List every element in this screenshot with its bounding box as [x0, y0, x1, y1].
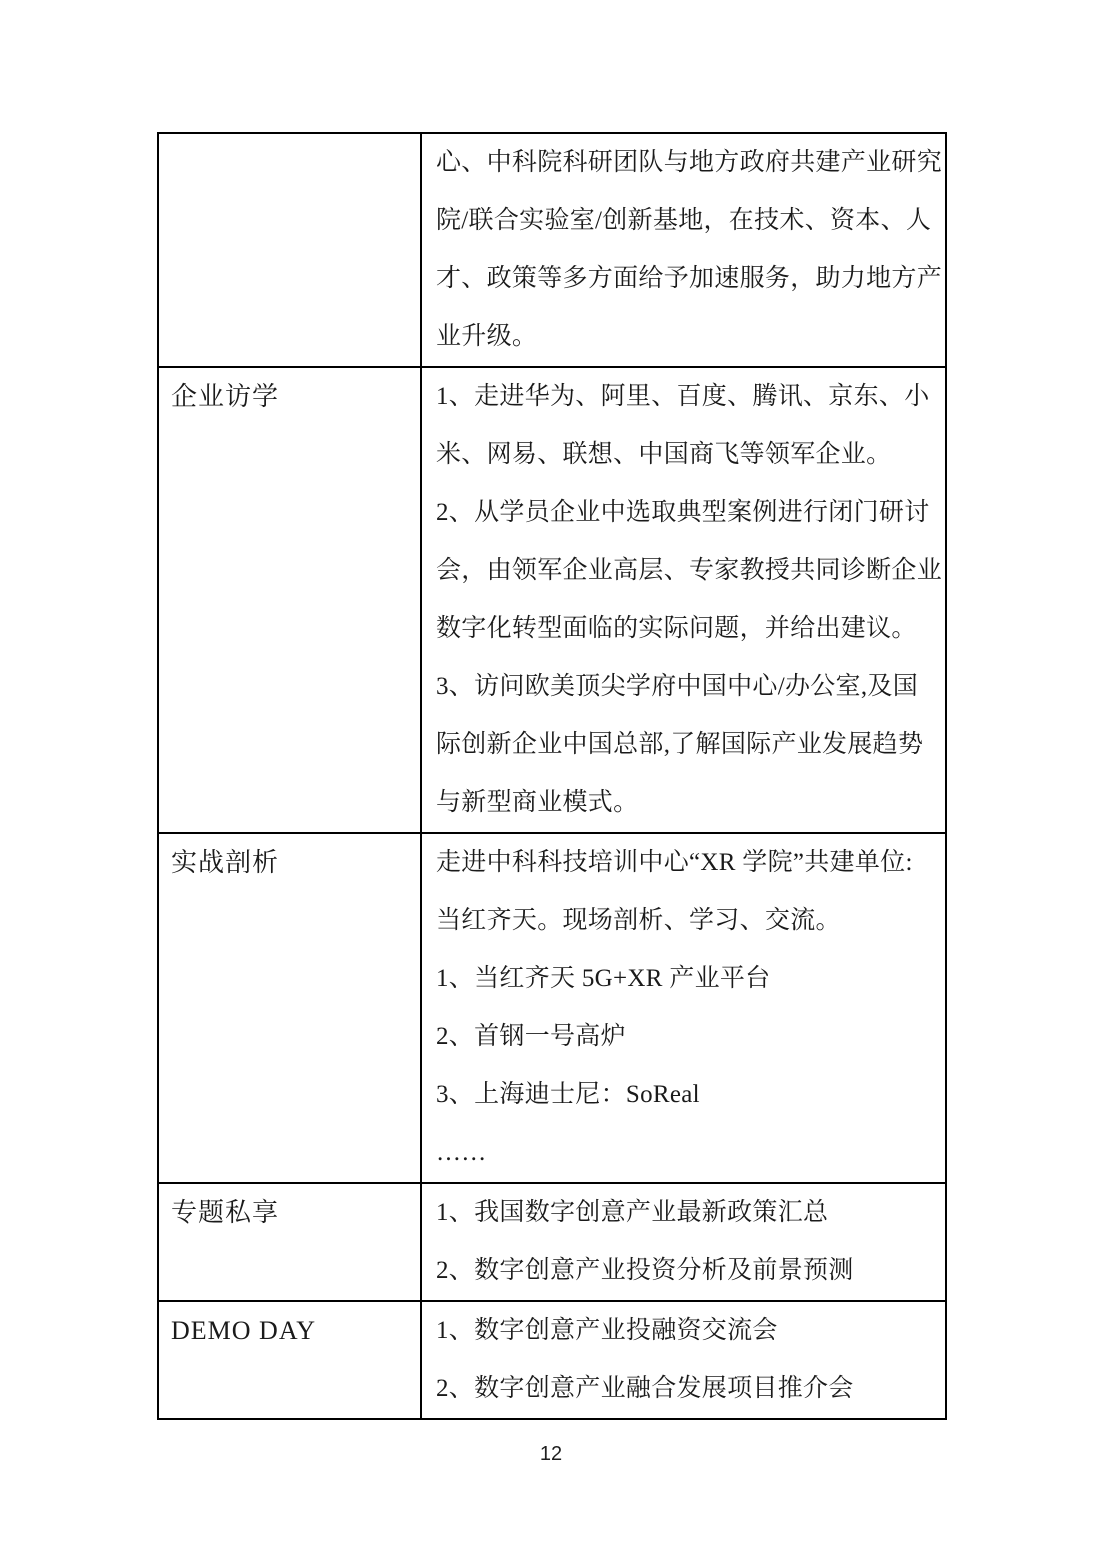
row-label-cell: 实战剖析 [159, 834, 422, 1182]
content-line: 才、政策等多方面给予加速服务，助力地方产 [436, 250, 945, 308]
table-row: 心、中科院科研团队与地方政府共建产业研究院/联合实验室/创新基地，在技术、资本、… [159, 134, 945, 366]
table-row: 实战剖析走进中科科技培训中心“XR 学院”共建单位:当红齐天。现场剖析、学习、交… [159, 832, 945, 1182]
content-line: 2、首钢一号高炉 [436, 1008, 945, 1066]
content-line: 当红齐天。现场剖析、学习、交流。 [436, 892, 945, 950]
row-content-cell: 1、我国数字创意产业最新政策汇总2、数字创意产业投资分析及前景预测 [422, 1184, 945, 1300]
content-line: 1、我国数字创意产业最新政策汇总 [436, 1184, 945, 1242]
table-row: 专题私享1、我国数字创意产业最新政策汇总2、数字创意产业投资分析及前景预测 [159, 1182, 945, 1300]
row-content-cell: 1、走进华为、阿里、百度、腾讯、京东、小米、网易、联想、中国商飞等领军企业。2、… [422, 368, 945, 832]
content-line: 际创新企业中国总部,了解国际产业发展趋势 [436, 716, 945, 774]
content-line: 1、走进华为、阿里、百度、腾讯、京东、小 [436, 368, 945, 426]
page-number: 12 [0, 1443, 1102, 1466]
content-line: 会，由领军企业高层、专家教授共同诊断企业 [436, 542, 945, 600]
row-label-cell: DEMO DAY [159, 1302, 422, 1418]
row-content-cell: 1、数字创意产业投融资交流会2、数字创意产业融合发展项目推介会 [422, 1302, 945, 1418]
row-label: 企业访学 [171, 382, 279, 411]
table-row: DEMO DAY1、数字创意产业投融资交流会2、数字创意产业融合发展项目推介会 [159, 1300, 945, 1418]
row-label: DEMO DAY [171, 1316, 316, 1345]
row-label: 专题私享 [171, 1198, 279, 1227]
content-line: 心、中科院科研团队与地方政府共建产业研究 [436, 134, 945, 192]
row-content-cell: 走进中科科技培训中心“XR 学院”共建单位:当红齐天。现场剖析、学习、交流。1、… [422, 834, 945, 1182]
content-line: 数字化转型面临的实际问题，并给出建议。 [436, 600, 945, 658]
content-line: …… [436, 1124, 945, 1182]
content-line: 院/联合实验室/创新基地，在技术、资本、人 [436, 192, 945, 250]
content-line: 2、数字创意产业融合发展项目推介会 [436, 1360, 945, 1418]
content-line: 3、上海迪士尼：SoReal [436, 1066, 945, 1124]
content-line: 2、数字创意产业投资分析及前景预测 [436, 1242, 945, 1300]
content-line: 与新型商业模式。 [436, 774, 945, 832]
table-row: 企业访学1、走进华为、阿里、百度、腾讯、京东、小米、网易、联想、中国商飞等领军企… [159, 366, 945, 832]
row-label: 实战剖析 [171, 848, 279, 877]
content-line: 1、数字创意产业投融资交流会 [436, 1302, 945, 1360]
document-page: 心、中科院科研团队与地方政府共建产业研究院/联合实验室/创新基地，在技术、资本、… [0, 0, 1102, 1559]
row-label-cell: 企业访学 [159, 368, 422, 832]
content-line: 米、网易、联想、中国商飞等领军企业。 [436, 426, 945, 484]
row-label-cell [159, 134, 422, 366]
row-content-cell: 心、中科院科研团队与地方政府共建产业研究院/联合实验室/创新基地，在技术、资本、… [422, 134, 945, 366]
content-line: 3、访问欧美顶尖学府中国中心/办公室,及国 [436, 658, 945, 716]
content-line: 业升级。 [436, 308, 945, 366]
content-line: 走进中科科技培训中心“XR 学院”共建单位: [436, 834, 945, 892]
program-table: 心、中科院科研团队与地方政府共建产业研究院/联合实验室/创新基地，在技术、资本、… [157, 132, 947, 1420]
content-line: 2、从学员企业中选取典型案例进行闭门研讨 [436, 484, 945, 542]
row-label-cell: 专题私享 [159, 1184, 422, 1300]
content-line: 1、当红齐天 5G+XR 产业平台 [436, 950, 945, 1008]
